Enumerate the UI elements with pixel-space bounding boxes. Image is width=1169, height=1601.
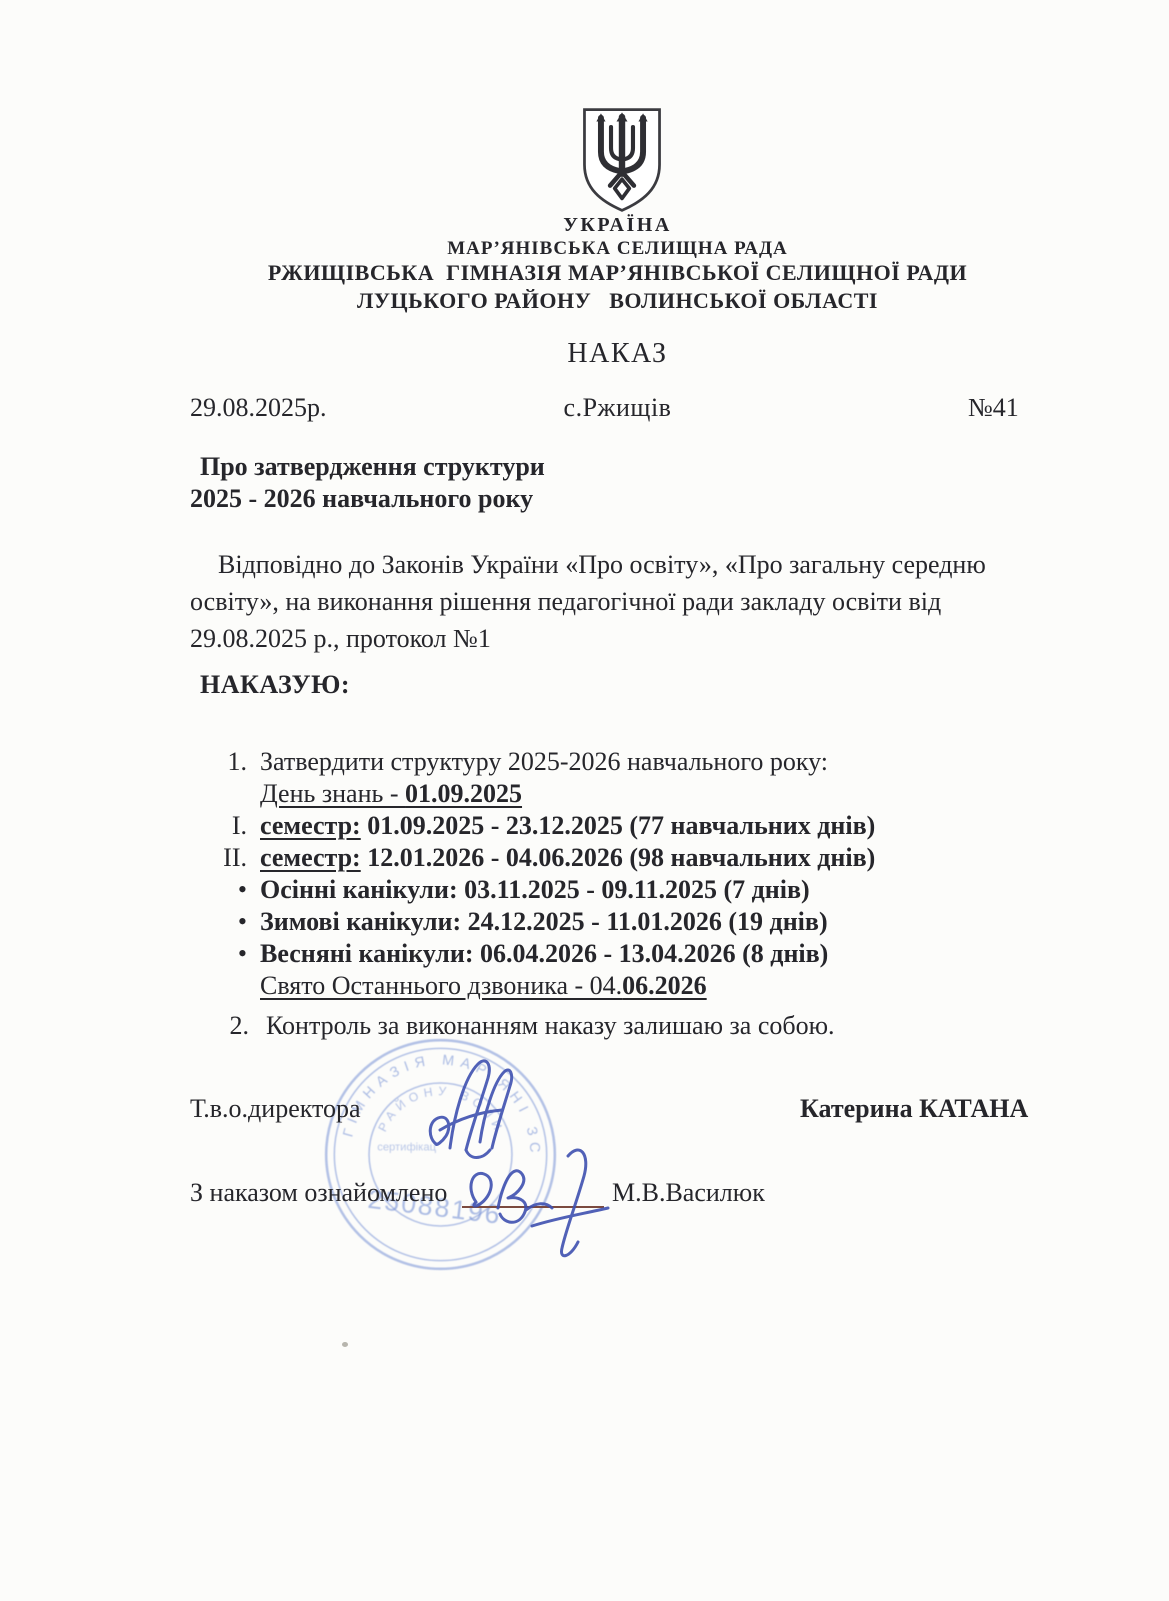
last-bell-line: Свято Останнього дзвоника - 04.06.2026 <box>205 970 707 1002</box>
bullet-icon: • <box>205 938 247 970</box>
council-title: МАР’ЯНІВСЬКА СЕЛИЩНА РАДА <box>65 238 1169 260</box>
semester-2-marker: II. <box>205 842 247 874</box>
item-2-marker: 2. <box>215 1010 249 1042</box>
semester-1-line: I. семестр: 01.09.2025 - 23.12.2025 (77 … <box>205 810 875 842</box>
director-role: Т.в.о.директора <box>190 1094 361 1124</box>
intro-line-2: освіту», на виконання рішення педагогічн… <box>190 587 941 617</box>
district-title: ЛУЦЬКОГО РАЙОНУ ВОЛИНСЬКОЇ ОБЛАСТІ <box>65 288 1169 314</box>
scan-speck <box>342 1342 348 1347</box>
knowledge-day-date: 01.09.2025 <box>405 779 522 808</box>
semester-term-label: семестр: <box>260 811 361 840</box>
last-bell-date: 06.2026 <box>622 971 707 1000</box>
winter-vacation-text: Зимові канікули: 24.12.2025 - 11.01.2026… <box>260 906 828 938</box>
intro-line-1: Відповідно до Законів України «Про освіт… <box>218 550 986 580</box>
semester-2-line: II. семестр: 12.01.2026 - 04.06.2026 (98… <box>205 842 875 874</box>
acknowledged-signature <box>462 1130 617 1270</box>
resolution-heading: НАКАЗУЮ: <box>200 670 350 700</box>
knowledge-day-line: День знань - 01.09.2025 <box>205 778 522 810</box>
school-title: РЖИЩІВСЬКА ГІМНАЗІЯ МАР’ЯНІВСЬКОЇ СЕЛИЩН… <box>65 260 1169 286</box>
item-1-marker: 1. <box>205 746 247 778</box>
last-bell-label: Свято Останнього дзвоника - 04. <box>260 971 622 1000</box>
country-title: УКРАЇНА <box>65 214 1169 237</box>
subject-line-2: 2025 - 2026 навчального року <box>190 484 533 514</box>
bullet-icon: • <box>205 874 247 906</box>
order-item-1: 1. Затвердити структуру 2025-2026 навчал… <box>205 746 828 778</box>
subject-line-1: Про затвердження структури <box>200 452 545 482</box>
signature-icon <box>462 1130 617 1265</box>
semester-1-dates: 01.09.2025 - 23.12.2025 (77 навчальних д… <box>361 811 876 840</box>
order-number: №41 <box>968 393 1019 423</box>
semester-1-marker: I. <box>205 810 247 842</box>
intro-line-3: 29.08.2025 р., протокол №1 <box>190 624 491 654</box>
acknowledged-name: М.В.Василюк <box>612 1178 765 1208</box>
bullet-icon: • <box>205 906 247 938</box>
acknowledged-label: З наказом ознайомлено <box>190 1178 447 1208</box>
document-type: НАКАЗ <box>65 338 1169 370</box>
item-1-text: Затвердити структуру 2025-2026 навчально… <box>260 746 828 778</box>
spring-vacation-text: Весняні канікули: 06.04.2026 - 13.04.202… <box>260 938 828 970</box>
spring-vacation-line: • Весняні канікули: 06.04.2026 - 13.04.2… <box>205 938 828 970</box>
scanned-order-document: УКРАЇНА МАР’ЯНІВСЬКА СЕЛИЩНА РАДА РЖИЩІВ… <box>0 0 1169 1601</box>
trident-icon <box>576 106 668 214</box>
director-name: Катерина КАТАНА <box>800 1094 1028 1124</box>
semester-2-dates: 12.01.2026 - 04.06.2026 (98 навчальних д… <box>361 843 876 872</box>
winter-vacation-line: • Зимові канікули: 24.12.2025 - 11.01.20… <box>205 906 828 938</box>
semester-term-label: семестр: <box>260 843 361 872</box>
ukraine-trident-emblem <box>576 106 668 219</box>
autumn-vacation-text: Осінні канікули: 03.11.2025 - 09.11.2025… <box>260 874 810 906</box>
autumn-vacation-line: • Осінні канікули: 03.11.2025 - 09.11.20… <box>205 874 810 906</box>
knowledge-day-label: День знань - <box>260 779 405 808</box>
